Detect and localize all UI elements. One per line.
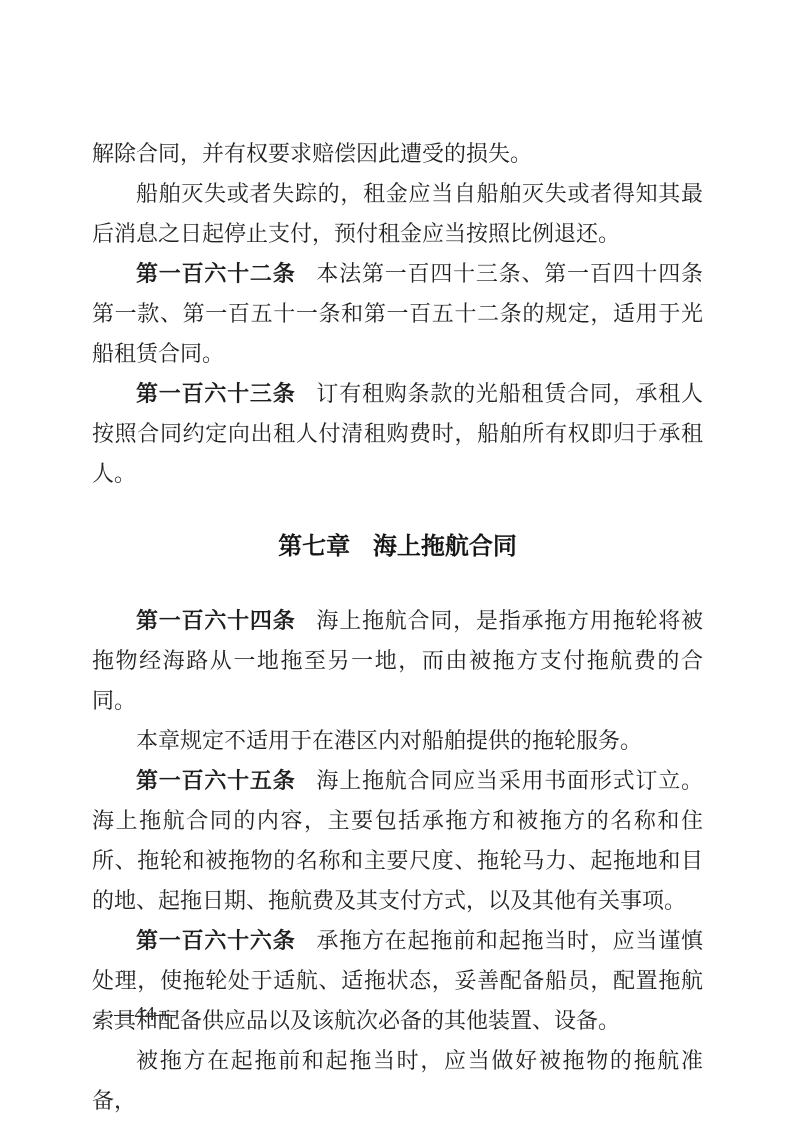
article-163: 第一百六十三条订有租购条款的光船租赁合同，承租人按照合同约定向出租人付清租购费时… bbox=[92, 374, 703, 494]
document-body: 解除合同，并有权要求赔偿因此遭受的损失。 船舶灭失或者失踪的，租金应当自船舶灭失… bbox=[92, 134, 703, 1121]
paragraph: 船舶灭失或者失踪的，租金应当自船舶灭失或者得知其最后消息之日起停止支付，预付租金… bbox=[92, 174, 703, 254]
paragraph-continuation: 解除合同，并有权要求赔偿因此遭受的损失。 bbox=[92, 134, 703, 174]
article-164: 第一百六十四条海上拖航合同，是指承拖方用拖轮将被拖物经海路从一地拖至另一地，而由… bbox=[92, 601, 703, 721]
chapter-number: 第七章 bbox=[278, 533, 350, 560]
article-162: 第一百六十二条本法第一百四十三条、第一百四十四条第一款、第一百五十一条和第一百五… bbox=[92, 254, 703, 374]
chapter-heading: 第七章海上拖航合同 bbox=[92, 527, 703, 567]
page-number: —44— bbox=[114, 1003, 176, 1025]
article-166-number: 第一百六十六条 bbox=[136, 928, 296, 953]
chapter-title: 海上拖航合同 bbox=[373, 533, 517, 560]
article-164-number: 第一百六十四条 bbox=[136, 608, 296, 633]
article-166: 第一百六十六条承拖方在起拖前和起拖当时，应当谨慎处理，使拖轮处于适航、适拖状态，… bbox=[92, 921, 703, 1041]
paragraph: 被拖方在起拖前和起拖当时，应当做好被拖物的拖航准备， bbox=[92, 1041, 703, 1121]
article-165-number: 第一百六十五条 bbox=[136, 768, 296, 793]
article-165: 第一百六十五条海上拖航合同应当采用书面形式订立。海上拖航合同的内容，主要包括承拖… bbox=[92, 761, 703, 921]
page-footer: —44— bbox=[114, 1002, 176, 1026]
article-162-number: 第一百六十二条 bbox=[136, 261, 296, 286]
document-page: 解除合同，并有权要求赔偿因此遭受的损失。 船舶灭失或者失踪的，租金应当自船舶灭失… bbox=[0, 0, 793, 1122]
article-163-number: 第一百六十三条 bbox=[136, 381, 296, 406]
paragraph: 本章规定不适用于在港区内对船舶提供的拖轮服务。 bbox=[92, 721, 703, 761]
